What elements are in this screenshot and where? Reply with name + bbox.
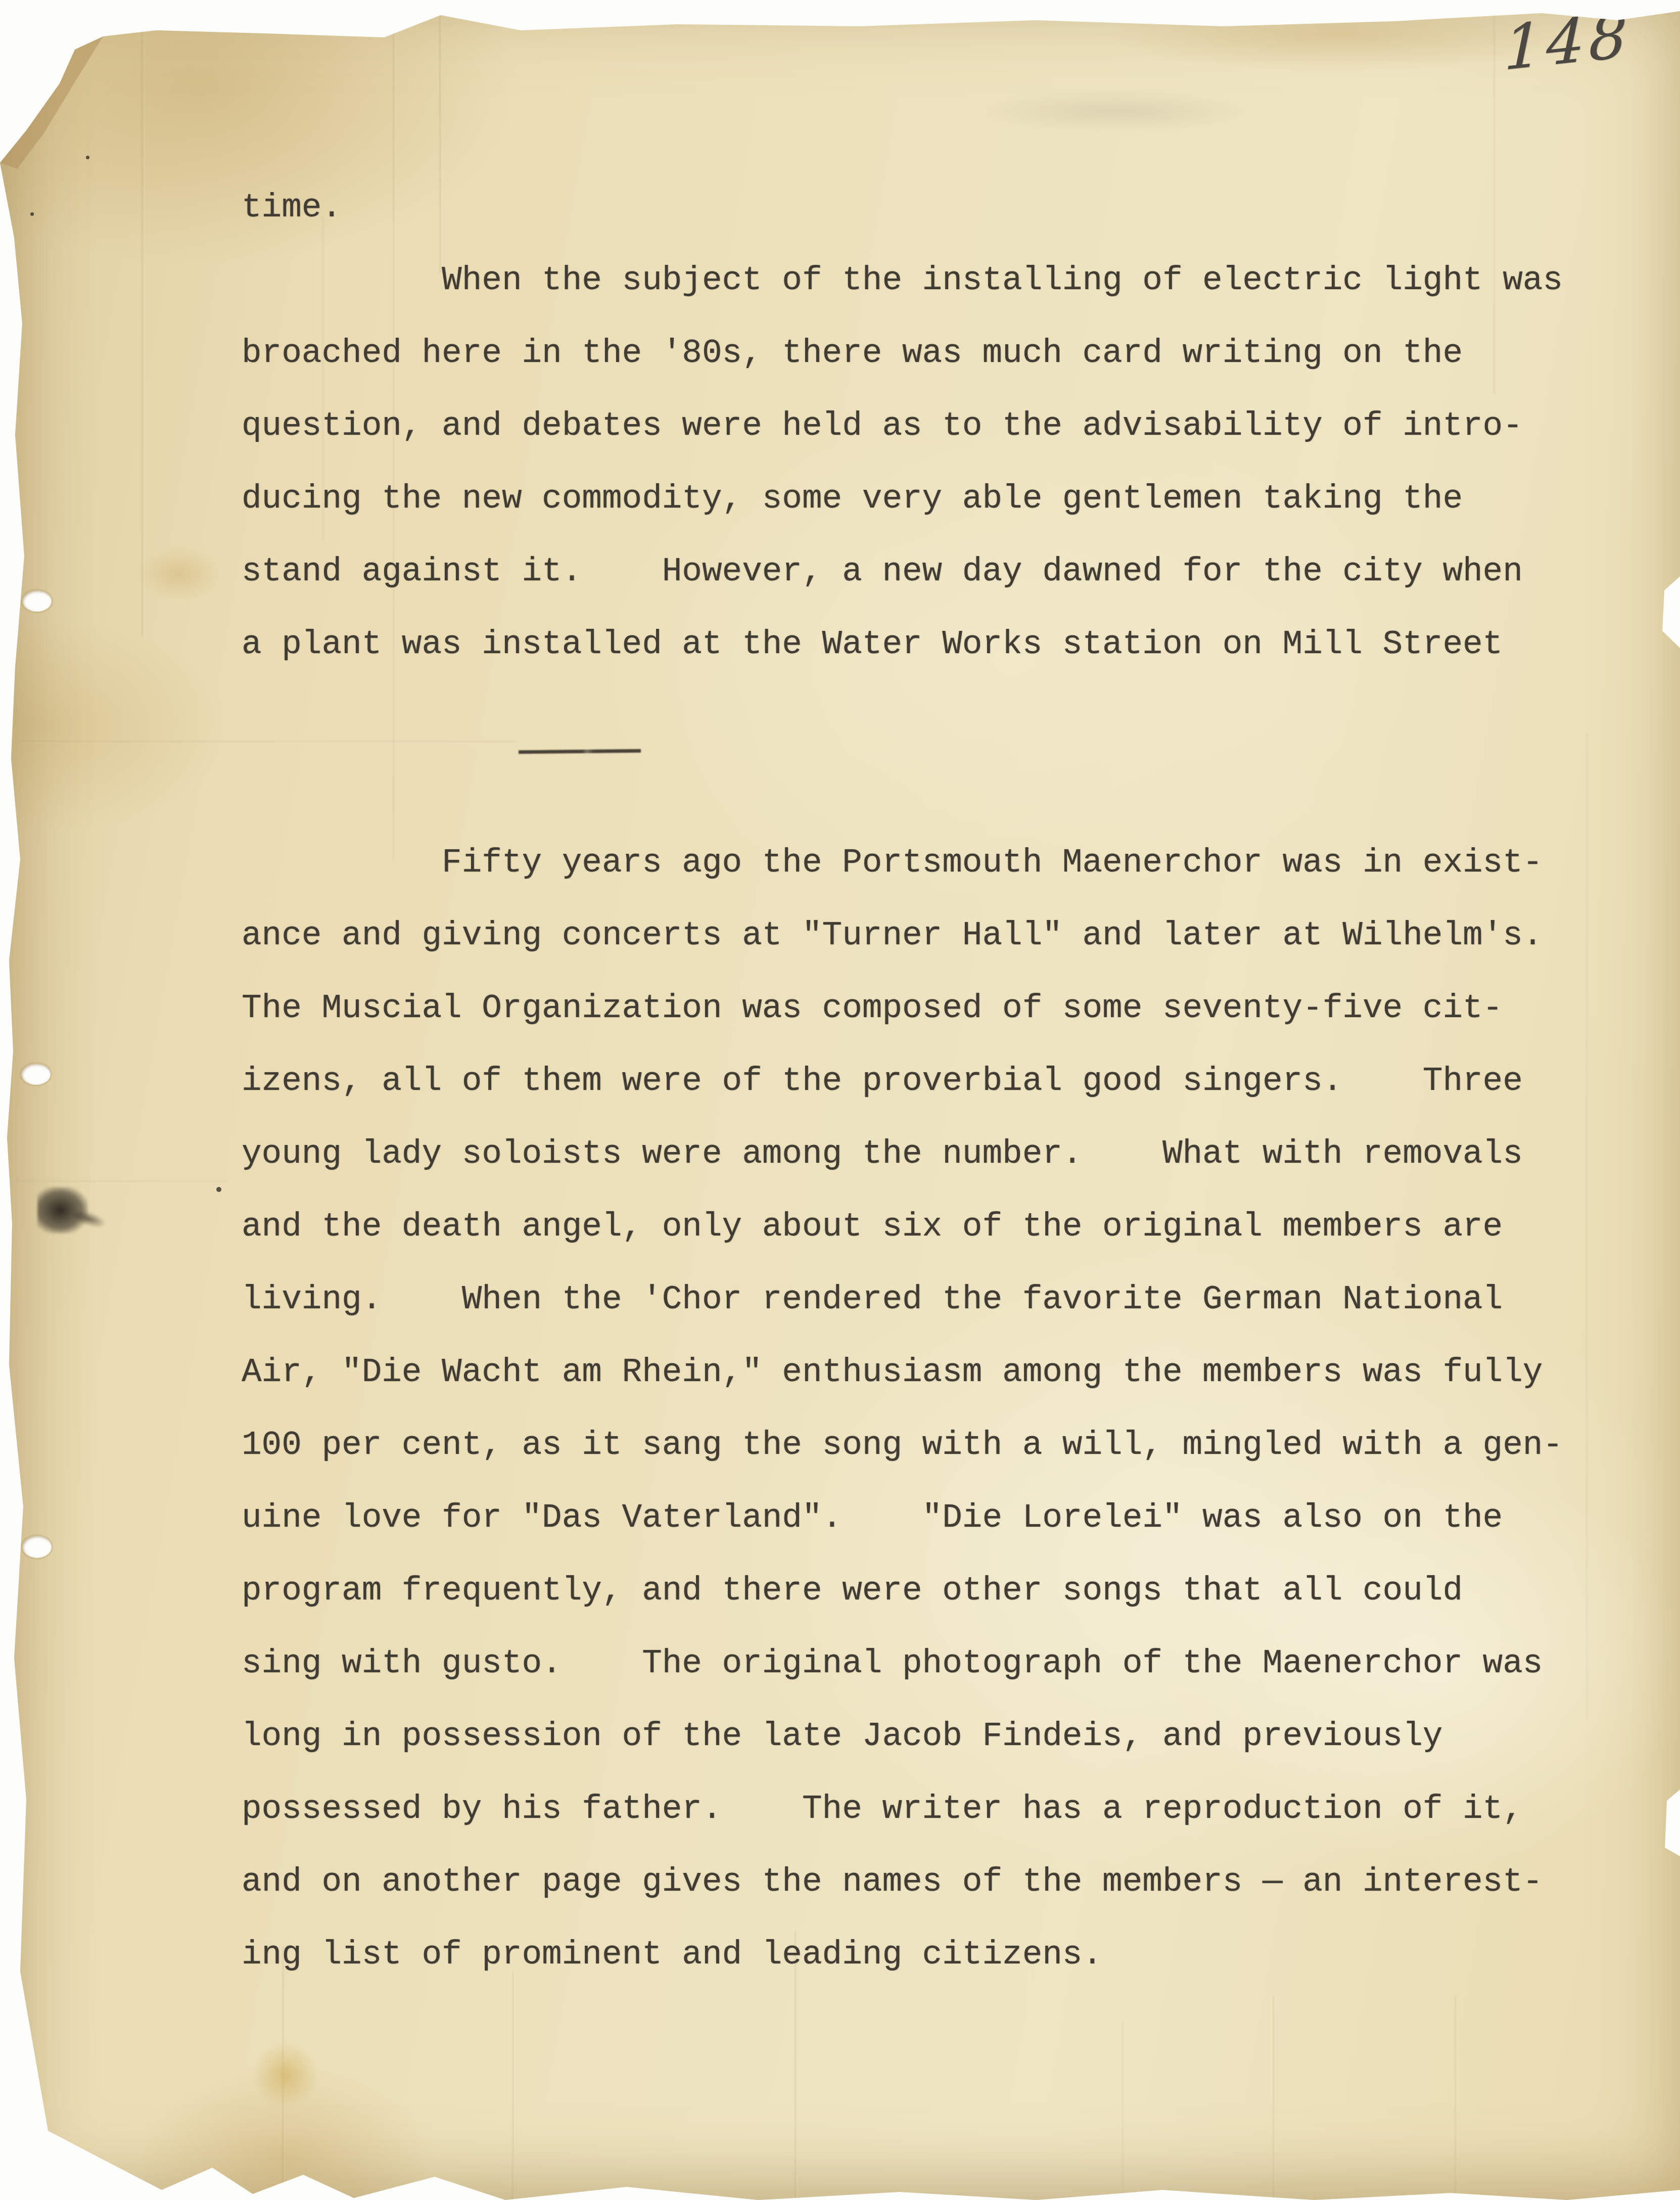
typed-line: sing with gusto. The original photograph… <box>242 1646 1543 1681</box>
typed-line: 100 per cent, as it sang the song with a… <box>242 1428 1563 1463</box>
typed-line: When the subject of the installing of el… <box>242 263 1563 298</box>
typed-line: uine love for "Das Vaterland". "Die Lore… <box>242 1500 1503 1536</box>
typed-line: stand against it. However, a new day daw… <box>242 554 1523 589</box>
typed-line: possessed by his father. The writer has … <box>242 1792 1523 1827</box>
typed-text: time. When the subject of the installing… <box>0 0 1680 2200</box>
typed-line: young lady soloists were among the numbe… <box>242 1136 1523 1172</box>
typed-line: a plant was installed at the Water Works… <box>242 627 1503 662</box>
typed-line: and the death angel, only about six of t… <box>242 1209 1503 1245</box>
typed-line: and on another page gives the names of t… <box>242 1864 1543 1900</box>
typed-line: question, and debates were held as to th… <box>242 408 1523 444</box>
crease <box>116 6 925 9</box>
scan-background: { "page": { "number_handwritten": "148",… <box>0 0 1680 2200</box>
typed-line: ance and giving concerts at "Turner Hall… <box>242 918 1543 953</box>
typed-line: izens, all of them were of the proverbia… <box>242 1064 1523 1099</box>
typed-line: The Muscial Organization was composed of… <box>242 991 1503 1026</box>
typed-line: time. <box>242 190 342 225</box>
typed-line: broached here in the '80s, there was muc… <box>242 336 1463 371</box>
typed-line: ing list of prominent and leading citize… <box>242 1937 1102 1973</box>
typed-line: living. When the 'Chor rendered the favo… <box>242 1282 1503 1317</box>
separator-rule <box>519 749 641 754</box>
typed-line: ducing the new commodity, some very able… <box>242 481 1463 517</box>
typed-line: Fifty years ago the Portsmouth Maenercho… <box>242 845 1543 881</box>
document-page: time. When the subject of the installing… <box>0 0 1680 2200</box>
punch-hole <box>23 69 51 94</box>
typed-line: Air, "Die Wacht am Rhein," enthusiasm am… <box>242 1355 1543 1390</box>
typed-line: long in possession of the late Jacob Fin… <box>242 1719 1442 1754</box>
typed-line: program frequently, and there were other… <box>242 1573 1463 1609</box>
page-number-handwritten: 148 <box>1503 0 1631 84</box>
